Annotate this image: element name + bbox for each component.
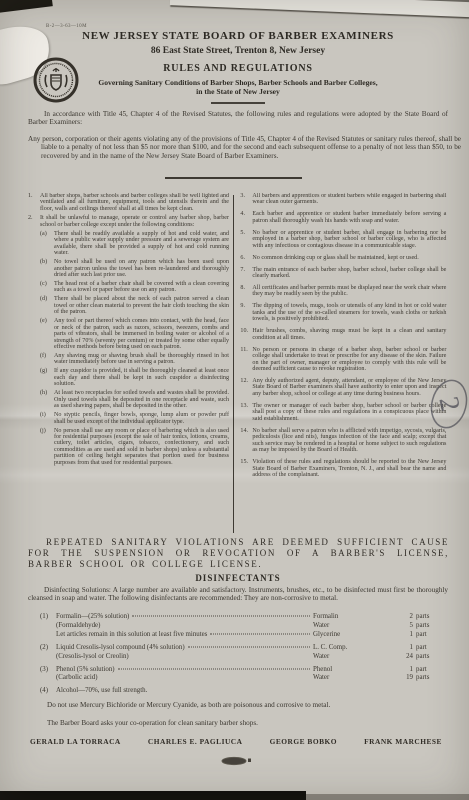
rule-item: 2.It shall be unlawful to manage, operat… bbox=[28, 215, 229, 466]
rule-text: No barber or apprentice or student barbe… bbox=[252, 230, 446, 249]
signatory-name: GERALD LA TORRACA bbox=[30, 737, 121, 746]
dot-leader bbox=[118, 668, 310, 669]
rule-item: 11.No person or persons in charge of a b… bbox=[240, 347, 446, 373]
rule-body: The dipping of towels, mugs, tools or ut… bbox=[252, 303, 446, 322]
disinfectant-label: Phenol (5% solution) bbox=[56, 666, 115, 675]
subitem-letter: (j) bbox=[40, 428, 54, 467]
rule-body: Hair brushes, combs, shaving mugs must b… bbox=[252, 328, 446, 341]
subitem-text: At least two receptacles for soiled towe… bbox=[54, 390, 229, 409]
rules-and-regulations-heading: RULES AND REGULATIONS bbox=[28, 63, 448, 74]
disinfectant-row: (Carbolic acid)Water19parts bbox=[40, 674, 448, 683]
rule-body: All certificates and barber permits must… bbox=[252, 285, 446, 298]
subitem-letter: (d) bbox=[40, 296, 54, 315]
penalty-paragraph: Any person, corporation or their agents … bbox=[28, 135, 461, 160]
rule-subitem: (i)No styptic pencils, finger bowls, spo… bbox=[40, 412, 229, 425]
rule-text: No barber shall serve a patron who is af… bbox=[252, 428, 446, 454]
rule-subitem: (g)If any cuspidor is provided, it shall… bbox=[40, 368, 229, 387]
rule-number: 1. bbox=[28, 193, 40, 212]
disinfectant-label: Formalin—(25% solution) bbox=[56, 613, 129, 622]
disinfectant-row: Let articles remain in this solution at … bbox=[40, 631, 448, 640]
section-divider-rule bbox=[165, 177, 302, 179]
rule-body: No person or persons in charge of a barb… bbox=[252, 347, 446, 373]
rule-body: Each barber and apprentice or student ba… bbox=[252, 211, 446, 224]
rule-subitem: (c)The head rest of a barber chair shall… bbox=[40, 281, 229, 294]
scanned-document-page: B-2—3-63—10M NEW JERSEY STATE BOARD OF B… bbox=[0, 0, 469, 800]
disinfectant-number: (2) bbox=[40, 644, 56, 653]
bottom-scan-bar bbox=[0, 791, 306, 800]
governing-subheading: Governing Sanitary Conditions of Barber … bbox=[28, 79, 448, 96]
rule-number: 7. bbox=[240, 267, 252, 280]
column-divider-rule bbox=[233, 195, 234, 533]
subitem-text: No towel shall be used on any patron whi… bbox=[54, 259, 229, 278]
rules-column-right: 3.All barbers and apprentices or student… bbox=[240, 193, 446, 535]
scan-page-edge bbox=[170, 0, 469, 19]
disinfectant-amount: 19 bbox=[383, 674, 413, 683]
board-signatories: GERALD LA TORRACACHARLES E. PAGLIUCAGEOR… bbox=[30, 737, 442, 746]
disinfectant-number: (3) bbox=[40, 666, 56, 675]
disinfectant-row: (3)Phenol (5% solution)Phenol1part bbox=[40, 666, 448, 675]
rule-text: All certificates and barber permits must… bbox=[252, 285, 446, 298]
rule-item: 13.The owner or manager of each barber s… bbox=[240, 403, 446, 422]
disinfectant-label: Alcohol—70%, use full strength. bbox=[56, 687, 147, 696]
rule-text: All barber shops, barber schools and bar… bbox=[40, 193, 229, 212]
rule-number: 14. bbox=[240, 428, 252, 454]
disinfectant-label: (Formaldehyde) bbox=[56, 622, 100, 631]
disinfectant-row: (4)Alcohol—70%, use full strength. bbox=[40, 687, 448, 696]
rule-body: The owner or manager of each barber shop… bbox=[252, 403, 446, 422]
subitem-letter: (e) bbox=[40, 318, 54, 350]
handwritten-circled-2-annotation: 2 bbox=[423, 370, 469, 438]
disinfectant-label: Liquid Cresolis-lysol compound (4% solut… bbox=[56, 644, 185, 653]
disinfectant-amount: 1 bbox=[383, 644, 413, 653]
rule-subitem: (j)No person shall use any room or place… bbox=[40, 428, 229, 467]
rule-item: 7.The main entrance of each barber shop,… bbox=[240, 267, 446, 280]
disinfectant-row: (Formaldehyde)Water5parts bbox=[40, 622, 448, 631]
subitem-text: No styptic pencils, finger bowls, sponge… bbox=[54, 412, 229, 425]
rule-body: No barber or apprentice or student barbe… bbox=[252, 230, 446, 249]
rule-body: The main entrance of each barber shop, b… bbox=[252, 267, 446, 280]
repeated-violations-notice: REPEATED SANITARY VIOLATIONS ARE DEEMED … bbox=[28, 537, 449, 570]
rule-body: Violation of these rules and regulations… bbox=[252, 459, 446, 478]
rule-text: No common drinking cup or glass shall be… bbox=[252, 255, 446, 261]
signatory-name: GEORGE BOBKO bbox=[270, 737, 337, 746]
rule-text: Each barber and apprentice or student ba… bbox=[252, 211, 446, 224]
rule-text: The main entrance of each barber shop, b… bbox=[252, 267, 446, 280]
rule-text: The owner or manager of each barber shop… bbox=[252, 403, 446, 422]
board-title: NEW JERSEY STATE BOARD OF BARBER EXAMINE… bbox=[28, 30, 448, 42]
rule-body: All barbers and apprentices or student b… bbox=[252, 193, 446, 206]
disinfectants-intro: Disinfecting Solutions: A large number a… bbox=[28, 586, 448, 602]
rule-item: 12.Any duly authorized agent, deputy, at… bbox=[240, 378, 446, 397]
adoption-paragraph: In accordance with Title 45, Chapter 4 o… bbox=[28, 110, 448, 127]
rule-subitem: (d)There shall be placed about the neck … bbox=[40, 296, 229, 315]
disinfectant-amount: 1 bbox=[383, 631, 413, 640]
rule-item: 8.All certificates and barber permits mu… bbox=[240, 285, 446, 298]
rule-text: Hair brushes, combs, shaving mugs must b… bbox=[252, 328, 446, 341]
rule-body: It shall be unlawful to manage, operate … bbox=[40, 215, 229, 466]
rule-number: 15. bbox=[240, 459, 252, 478]
rule-body: All barber shops, barber schools and bar… bbox=[40, 193, 229, 212]
dot-leader bbox=[188, 646, 310, 647]
rule-number: 8. bbox=[240, 285, 252, 298]
scan-corner-shadow bbox=[0, 0, 53, 14]
disinfectant-amount: 2 bbox=[383, 613, 413, 622]
rule-number: 2. bbox=[28, 215, 40, 466]
disinfectant-amount: 5 bbox=[383, 622, 413, 631]
disinfectant-chemical: Water bbox=[313, 674, 383, 683]
disinfectant-chemical: Formalin bbox=[313, 613, 383, 622]
subitem-letter: (a) bbox=[40, 231, 54, 257]
disinfectant-chemical: Water bbox=[313, 622, 383, 631]
disinfectant-unit: parts bbox=[413, 653, 448, 662]
rule-text: Any duly authorized agent, deputy, atten… bbox=[252, 378, 446, 397]
signatory-name: CHARLES E. PAGLIUCA bbox=[148, 737, 243, 746]
subitem-letter: (g) bbox=[40, 368, 54, 387]
disinfectant-label: (Carbolic acid) bbox=[56, 674, 98, 683]
subitem-text: Any tool or part thereof which comes int… bbox=[54, 318, 229, 350]
disinfectant-item: (1)Formalin—(25% solution)Formalin2parts… bbox=[40, 613, 448, 640]
subitem-text: If any cuspidor is provided, it shall be… bbox=[54, 368, 229, 387]
rule-item: 9.The dipping of towels, mugs, tools or … bbox=[240, 303, 446, 322]
disinfectants-list: (1)Formalin—(25% solution)Formalin2parts… bbox=[40, 613, 448, 700]
rule-item: 3.All barbers and apprentices or student… bbox=[240, 193, 446, 206]
disinfectant-amount: 24 bbox=[383, 653, 413, 662]
mercury-warning: Do not use Mercury Bichloride or Mercury… bbox=[47, 701, 447, 709]
subitem-text: There shall be readily available a suppl… bbox=[54, 231, 229, 257]
dot-leader bbox=[210, 633, 310, 634]
rule-number: 11. bbox=[240, 347, 252, 373]
rule-item: 14.No barber shall serve a patron who is… bbox=[240, 428, 446, 454]
rule-body: No common drinking cup or glass shall be… bbox=[252, 255, 446, 261]
subitem-text: There shall be placed about the neck of … bbox=[54, 296, 229, 315]
rule-subitem: (b)No towel shall be used on any patron … bbox=[40, 259, 229, 278]
subitem-text: The head rest of a barber chair shall be… bbox=[54, 281, 229, 294]
disinfectant-unit: parts bbox=[413, 622, 448, 631]
disinfectant-number: (4) bbox=[40, 687, 56, 696]
rule-text: All barbers and apprentices or student b… bbox=[252, 193, 446, 206]
rule-number: 6. bbox=[240, 255, 252, 261]
rules-column-left: 1.All barber shops, barber schools and b… bbox=[28, 193, 229, 535]
rule-item: 10.Hair brushes, combs, shaving mugs mus… bbox=[240, 328, 446, 341]
rule-number: 3. bbox=[240, 193, 252, 206]
disinfectant-row: (Cresolis-lysol or Creolin)Water24parts bbox=[40, 653, 448, 662]
disinfectant-item: (2)Liquid Cresolis-lysol compound (4% so… bbox=[40, 644, 448, 662]
disinfectant-unit: part bbox=[413, 631, 448, 640]
svg-text:2: 2 bbox=[432, 394, 465, 414]
printers-union-label-icon bbox=[218, 754, 258, 768]
dot-leader bbox=[132, 616, 310, 617]
rule-subitem: (e)Any tool or part thereof which comes … bbox=[40, 318, 229, 350]
rule-number: 12. bbox=[240, 378, 252, 397]
header-divider-rule bbox=[211, 102, 265, 104]
rule-item: 15.Violation of these rules and regulati… bbox=[240, 459, 446, 478]
subitem-letter: (i) bbox=[40, 412, 54, 425]
rule-body: Any duly authorized agent, deputy, atten… bbox=[252, 378, 446, 397]
disinfectant-item: (3)Phenol (5% solution)Phenol1part(Carbo… bbox=[40, 666, 448, 684]
subitem-text: Any shaving mug or shaving brush shall b… bbox=[54, 353, 229, 366]
disinfectant-chemical: Water bbox=[313, 653, 383, 662]
rule-subitem: (a)There shall be readily available a su… bbox=[40, 231, 229, 257]
disinfectants-heading: DISINFECTANTS bbox=[28, 573, 448, 583]
disinfectant-chemical: Glycerine bbox=[313, 631, 383, 640]
rule-item: 5.No barber or apprentice or student bar… bbox=[240, 230, 446, 249]
rules-columns: 1.All barber shops, barber schools and b… bbox=[28, 193, 450, 535]
disinfectant-row: (2)Liquid Cresolis-lysol compound (4% so… bbox=[40, 644, 448, 653]
disinfectant-label: (Cresolis-lysol or Creolin) bbox=[56, 653, 129, 662]
disinfectant-unit: part bbox=[413, 644, 448, 653]
rule-text: Violation of these rules and regulations… bbox=[252, 459, 446, 478]
signatory-name: FRANK MARCHESE bbox=[364, 737, 442, 746]
disinfectant-item: (4)Alcohol—70%, use full strength. bbox=[40, 687, 448, 696]
board-address: 86 East State Street, Trenton 8, New Jer… bbox=[28, 46, 448, 56]
disinfectant-label: Let articles remain in this solution at … bbox=[56, 631, 207, 640]
disinfectant-unit: parts bbox=[413, 613, 448, 622]
disinfectant-chemical: L. C. Comp. bbox=[313, 644, 383, 653]
rule-item: 1.All barber shops, barber schools and b… bbox=[28, 193, 229, 212]
subitem-letter: (b) bbox=[40, 259, 54, 278]
governing-line-2: in the State of New Jersey bbox=[28, 88, 448, 97]
cooperation-note: The Barber Board asks your co-operation … bbox=[47, 719, 447, 727]
rule-item: 6.No common drinking cup or glass shall … bbox=[240, 255, 446, 261]
rule-subitem: (f)Any shaving mug or shaving brush shal… bbox=[40, 353, 229, 366]
rule-number: 4. bbox=[240, 211, 252, 224]
disinfectant-amount: 1 bbox=[383, 666, 413, 675]
rule-body: No barber shall serve a patron who is af… bbox=[252, 428, 446, 454]
subitem-letter: (f) bbox=[40, 353, 54, 366]
rule-number: 5. bbox=[240, 230, 252, 249]
subitem-letter: (h) bbox=[40, 390, 54, 409]
disinfectant-row: (1)Formalin—(25% solution)Formalin2parts bbox=[40, 613, 448, 622]
disinfectant-unit: parts bbox=[413, 674, 448, 683]
rule-number: 10. bbox=[240, 328, 252, 341]
rule-text: The dipping of towels, mugs, tools or ut… bbox=[252, 303, 446, 322]
disinfectant-number: (1) bbox=[40, 613, 56, 622]
disinfectant-unit: part bbox=[413, 666, 448, 675]
rule-number: 9. bbox=[240, 303, 252, 322]
rule-text: No person or persons in charge of a barb… bbox=[252, 347, 446, 373]
document-code: B-2—3-63—10M bbox=[46, 24, 87, 29]
disinfectant-chemical: Phenol bbox=[313, 666, 383, 675]
rule-subitem: (h)At least two receptacles for soiled t… bbox=[40, 390, 229, 409]
rule-item: 4.Each barber and apprentice or student … bbox=[240, 211, 446, 224]
document-header: NEW JERSEY STATE BOARD OF BARBER EXAMINE… bbox=[28, 30, 448, 104]
subitem-letter: (c) bbox=[40, 281, 54, 294]
subitem-text: No person shall use any room or place of… bbox=[54, 428, 229, 467]
rule-text: It shall be unlawful to manage, operate … bbox=[40, 215, 229, 228]
rule-number: 13. bbox=[240, 403, 252, 422]
